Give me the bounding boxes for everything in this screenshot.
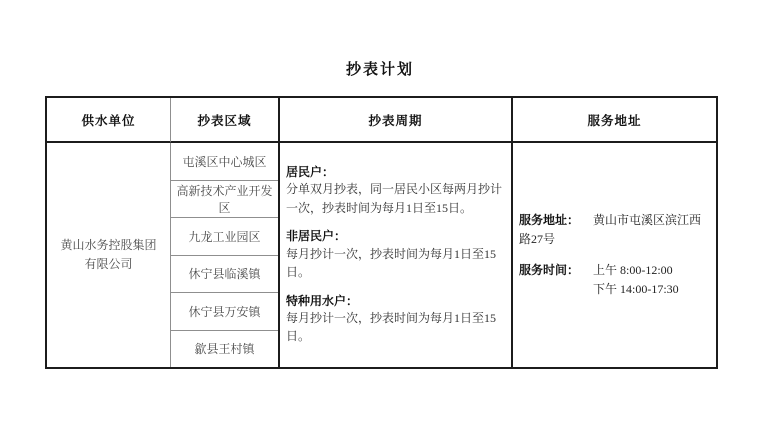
cycle-section-nonresidential: 非居民户： 每月抄计一次，抄表时间为每月1日至15日。: [286, 228, 503, 281]
supply-unit-name: 黄山水务控股集团有限公司: [57, 236, 160, 274]
region-cell: 九龙工业园区: [171, 217, 278, 255]
cycle-section-label: 非居民户：: [286, 228, 503, 244]
cycle-section-text: 每月抄计一次，抄表时间为每月1日至15日。: [286, 245, 503, 282]
service-address-line: 服务地址：黄山市屯溪区滨江西路27号: [519, 211, 708, 249]
region-cell: 歙县王村镇: [171, 330, 278, 368]
col-header-supply-unit: 供水单位: [47, 98, 171, 143]
region-cell: 休宁县万安镇: [171, 292, 278, 330]
supply-unit-cell: 黄山水务控股集团有限公司: [47, 143, 171, 367]
cycle-section-residential: 居民户： 分单双月抄表，同一居民小区每两月抄计一次，抄表时间为每月1日至15日。: [286, 164, 503, 217]
meter-reading-table: 供水单位 抄表区域 抄表周期 服务地址 黄山水务控股集团有限公司 屯溪区中心城区…: [45, 96, 718, 369]
service-cell: 服务地址：黄山市屯溪区滨江西路27号 服务时间： 上午 8:00-12:00 下…: [513, 143, 716, 367]
cycle-section-label: 特种用水户：: [286, 293, 503, 309]
service-time-block: 服务时间： 上午 8:00-12:00 下午 14:00-17:30: [519, 261, 708, 299]
service-time-values: 上午 8:00-12:00 下午 14:00-17:30: [593, 261, 679, 299]
cycle-section-text: 每月抄计一次，抄表时间为每月1日至15日。: [286, 309, 503, 346]
region-cell: 休宁县临溪镇: [171, 255, 278, 293]
cycle-section-text: 分单双月抄表，同一居民小区每两月抄计一次，抄表时间为每月1日至15日。: [286, 180, 503, 217]
region-column: 屯溪区中心城区 高新技术产业开发区 九龙工业园区 休宁县临溪镇 休宁县万安镇 歙…: [171, 143, 280, 367]
cycle-section-label: 居民户：: [286, 164, 503, 180]
service-time-afternoon: 下午 14:00-17:30: [593, 280, 679, 299]
service-time-label: 服务时间：: [519, 261, 579, 299]
region-cell: 屯溪区中心城区: [171, 143, 278, 180]
service-time-morning: 上午 8:00-12:00: [593, 261, 679, 280]
service-address-label: 服务地址：: [519, 213, 579, 227]
region-cell: 高新技术产业开发区: [171, 180, 278, 218]
col-header-region: 抄表区域: [171, 98, 280, 143]
page-title: 抄表计划: [0, 58, 760, 79]
page: 抄表计划 供水单位 抄表区域 抄表周期 服务地址 黄山水务控股集团有限公司 屯溪…: [0, 0, 760, 427]
col-header-cycle: 抄表周期: [280, 98, 513, 143]
col-header-address: 服务地址: [513, 98, 716, 143]
cycle-section-special: 特种用水户： 每月抄计一次，抄表时间为每月1日至15日。: [286, 293, 503, 346]
cycle-cell: 居民户： 分单双月抄表，同一居民小区每两月抄计一次，抄表时间为每月1日至15日。…: [280, 143, 513, 367]
